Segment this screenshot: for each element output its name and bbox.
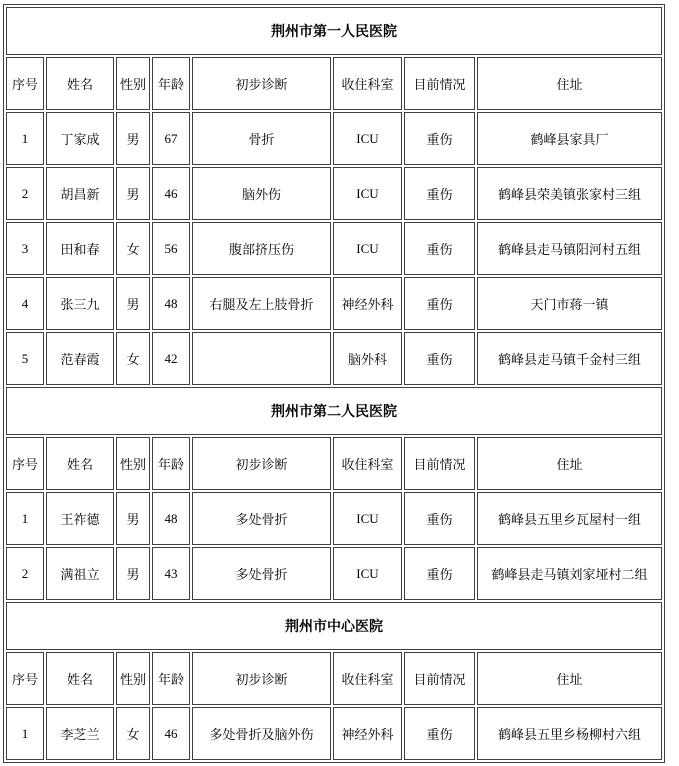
header-gender: 性别 bbox=[116, 57, 150, 110]
hospital-section-row: 荆州市第二人民医院 bbox=[6, 387, 662, 435]
cell-diagnosis: 脑外伤 bbox=[192, 167, 331, 220]
cell-gender: 男 bbox=[116, 492, 150, 545]
header-diagnosis: 初步诊断 bbox=[192, 652, 331, 705]
cell-cond: 重伤 bbox=[404, 222, 475, 275]
cell-no: 1 bbox=[6, 707, 44, 760]
cell-age: 43 bbox=[152, 547, 190, 600]
header-dept: 收住科室 bbox=[333, 57, 402, 110]
cell-addr: 鹤峰县走马镇千金村三组 bbox=[477, 332, 662, 385]
cell-no: 3 bbox=[6, 222, 44, 275]
patient-row: 3田和春女56腹部挤压伤ICU重伤鹤峰县走马镇阳河村五组 bbox=[6, 222, 662, 275]
cell-addr: 鹤峰县家具厂 bbox=[477, 112, 662, 165]
cell-name: 李芝兰 bbox=[46, 707, 114, 760]
cell-cond: 重伤 bbox=[404, 167, 475, 220]
cell-age: 67 bbox=[152, 112, 190, 165]
cell-diagnosis: 腹部挤压伤 bbox=[192, 222, 331, 275]
cell-age: 46 bbox=[152, 167, 190, 220]
cell-gender: 男 bbox=[116, 547, 150, 600]
cell-no: 1 bbox=[6, 492, 44, 545]
cell-name: 田和春 bbox=[46, 222, 114, 275]
header-gender: 性别 bbox=[116, 437, 150, 490]
patient-row: 2满祖立男43多处骨折ICU重伤鹤峰县走马镇刘家垭村二组 bbox=[6, 547, 662, 600]
header-no: 序号 bbox=[6, 437, 44, 490]
patient-row: 1王祚德男48多处骨折ICU重伤鹤峰县五里乡瓦屋村一组 bbox=[6, 492, 662, 545]
patient-row: 1李芝兰女46多处骨折及脑外伤神经外科重伤鹤峰县五里乡杨柳村六组 bbox=[6, 707, 662, 760]
cell-dept: 神经外科 bbox=[333, 707, 402, 760]
cell-addr: 鹤峰县荣美镇张家村三组 bbox=[477, 167, 662, 220]
cell-gender: 男 bbox=[116, 112, 150, 165]
header-name: 姓名 bbox=[46, 57, 114, 110]
cell-addr: 鹤峰县五里乡杨柳村六组 bbox=[477, 707, 662, 760]
cell-name: 王祚德 bbox=[46, 492, 114, 545]
cell-diagnosis: 多处骨折 bbox=[192, 492, 331, 545]
header-addr: 住址 bbox=[477, 57, 662, 110]
cell-gender: 女 bbox=[116, 332, 150, 385]
cell-name: 丁家成 bbox=[46, 112, 114, 165]
header-age: 年龄 bbox=[152, 437, 190, 490]
header-gender: 性别 bbox=[116, 652, 150, 705]
cell-dept: ICU bbox=[333, 547, 402, 600]
cell-no: 2 bbox=[6, 167, 44, 220]
cell-name: 张三九 bbox=[46, 277, 114, 330]
table-body: 荆州市第一人民医院序号姓名性别年龄初步诊断收住科室目前情况住址1丁家成男67骨折… bbox=[6, 7, 662, 760]
cell-name: 满祖立 bbox=[46, 547, 114, 600]
header-no: 序号 bbox=[6, 57, 44, 110]
patient-row: 1丁家成男67骨折ICU重伤鹤峰县家具厂 bbox=[6, 112, 662, 165]
header-diagnosis: 初步诊断 bbox=[192, 57, 331, 110]
cell-addr: 天门市蒋一镇 bbox=[477, 277, 662, 330]
patient-row: 4张三九男48右腿及左上肢骨折神经外科重伤天门市蒋一镇 bbox=[6, 277, 662, 330]
cell-age: 56 bbox=[152, 222, 190, 275]
hospital-section-title: 荆州市中心医院 bbox=[6, 602, 662, 650]
cell-gender: 女 bbox=[116, 222, 150, 275]
cell-addr: 鹤峰县走马镇阳河村五组 bbox=[477, 222, 662, 275]
header-dept: 收住科室 bbox=[333, 437, 402, 490]
cell-name: 范春霞 bbox=[46, 332, 114, 385]
cell-age: 42 bbox=[152, 332, 190, 385]
cell-gender: 女 bbox=[116, 707, 150, 760]
column-header-row: 序号姓名性别年龄初步诊断收住科室目前情况住址 bbox=[6, 57, 662, 110]
cell-no: 4 bbox=[6, 277, 44, 330]
cell-dept: ICU bbox=[333, 167, 402, 220]
hospital-section-row: 荆州市中心医院 bbox=[6, 602, 662, 650]
hospital-section-title: 荆州市第二人民医院 bbox=[6, 387, 662, 435]
cell-cond: 重伤 bbox=[404, 112, 475, 165]
header-addr: 住址 bbox=[477, 437, 662, 490]
cell-no: 1 bbox=[6, 112, 44, 165]
cell-addr: 鹤峰县走马镇刘家垭村二组 bbox=[477, 547, 662, 600]
cell-no: 5 bbox=[6, 332, 44, 385]
hospital-section-title: 荆州市第一人民医院 bbox=[6, 7, 662, 55]
cell-age: 48 bbox=[152, 277, 190, 330]
header-cond: 目前情况 bbox=[404, 437, 475, 490]
cell-diagnosis: 右腿及左上肢骨折 bbox=[192, 277, 331, 330]
patient-row: 2胡昌新男46脑外伤ICU重伤鹤峰县荣美镇张家村三组 bbox=[6, 167, 662, 220]
cell-diagnosis: 多处骨折 bbox=[192, 547, 331, 600]
header-dept: 收住科室 bbox=[333, 652, 402, 705]
header-diagnosis: 初步诊断 bbox=[192, 437, 331, 490]
cell-cond: 重伤 bbox=[404, 277, 475, 330]
column-header-row: 序号姓名性别年龄初步诊断收住科室目前情况住址 bbox=[6, 437, 662, 490]
hospital-patient-table: 荆州市第一人民医院序号姓名性别年龄初步诊断收住科室目前情况住址1丁家成男67骨折… bbox=[3, 4, 665, 763]
cell-addr: 鹤峰县五里乡瓦屋村一组 bbox=[477, 492, 662, 545]
cell-gender: 男 bbox=[116, 167, 150, 220]
patient-row: 5范春霞女42脑外科重伤鹤峰县走马镇千金村三组 bbox=[6, 332, 662, 385]
cell-dept: ICU bbox=[333, 222, 402, 275]
cell-dept: ICU bbox=[333, 492, 402, 545]
cell-dept: ICU bbox=[333, 112, 402, 165]
cell-age: 48 bbox=[152, 492, 190, 545]
cell-cond: 重伤 bbox=[404, 707, 475, 760]
cell-dept: 神经外科 bbox=[333, 277, 402, 330]
cell-no: 2 bbox=[6, 547, 44, 600]
header-name: 姓名 bbox=[46, 437, 114, 490]
cell-diagnosis: 多处骨折及脑外伤 bbox=[192, 707, 331, 760]
header-addr: 住址 bbox=[477, 652, 662, 705]
cell-age: 46 bbox=[152, 707, 190, 760]
cell-diagnosis bbox=[192, 332, 331, 385]
header-cond: 目前情况 bbox=[404, 652, 475, 705]
column-header-row: 序号姓名性别年龄初步诊断收住科室目前情况住址 bbox=[6, 652, 662, 705]
hospital-section-row: 荆州市第一人民医院 bbox=[6, 7, 662, 55]
cell-dept: 脑外科 bbox=[333, 332, 402, 385]
cell-name: 胡昌新 bbox=[46, 167, 114, 220]
cell-cond: 重伤 bbox=[404, 547, 475, 600]
cell-cond: 重伤 bbox=[404, 332, 475, 385]
header-age: 年龄 bbox=[152, 57, 190, 110]
cell-cond: 重伤 bbox=[404, 492, 475, 545]
header-name: 姓名 bbox=[46, 652, 114, 705]
cell-diagnosis: 骨折 bbox=[192, 112, 331, 165]
header-age: 年龄 bbox=[152, 652, 190, 705]
cell-gender: 男 bbox=[116, 277, 150, 330]
header-no: 序号 bbox=[6, 652, 44, 705]
header-cond: 目前情况 bbox=[404, 57, 475, 110]
